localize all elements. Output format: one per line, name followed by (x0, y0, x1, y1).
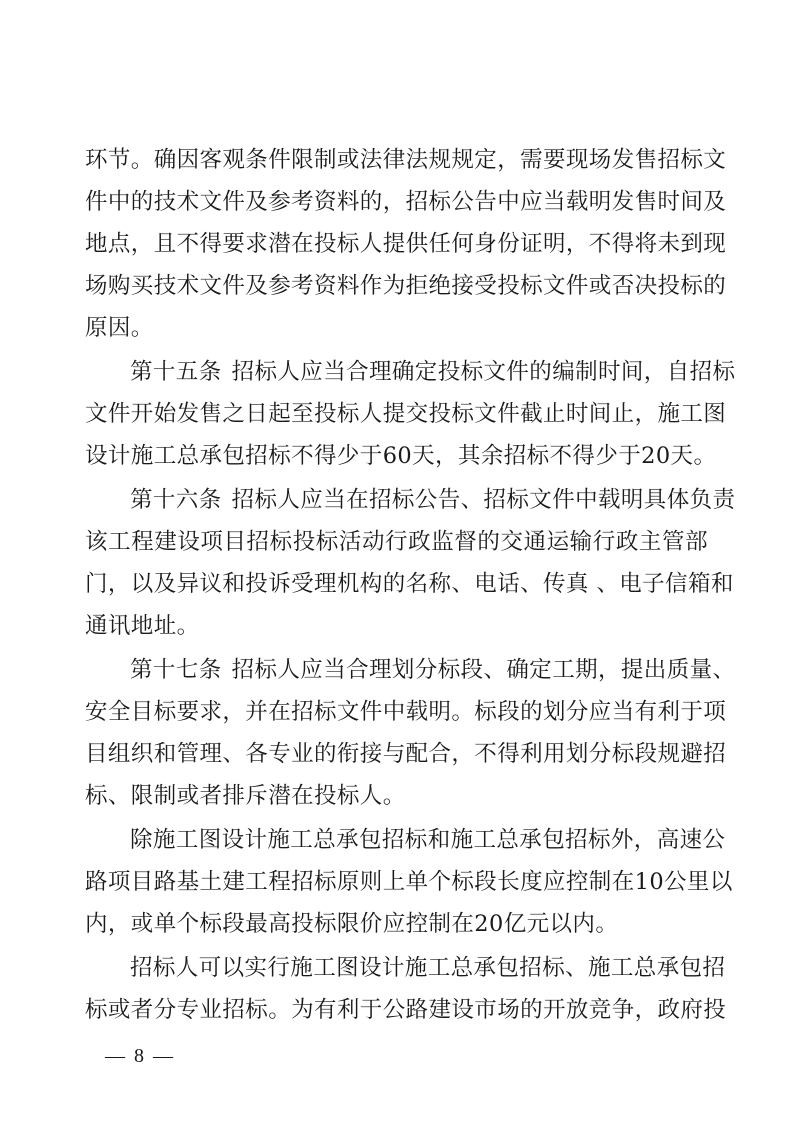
text-line: 环节。确因客观条件限制或法律法规规定，需要现场发售招标文 (85, 140, 708, 180)
article-title: 第十七条 (130, 657, 222, 683)
article-text: 招标人应当合理划分标段、确定工期，提出质量、 (232, 657, 736, 683)
paragraph-first-line: 除施工图设计施工总承包招标和施工总承包招标外，高速公 (85, 820, 708, 860)
article-17-first-line: 第十七条招标人应当合理划分标段、确定工期，提出质量、 (85, 650, 708, 690)
text-line: 通讯地址。 (85, 606, 200, 646)
article-text: 招标人应当在招标公告、招标文件中载明具体负责 (232, 487, 736, 513)
text-line: 场购买技术文件及参考资料作为拒绝接受投标文件或否决投标的 (85, 266, 708, 306)
paragraph-first-line: 招标人可以实行施工图设计施工总承包招标、施工总承包招 (85, 948, 708, 988)
text-line: 件中的技术文件及参考资料的，招标公告中应当载明发售时间及 (85, 182, 708, 222)
text-line: 文件开始发售之日起至投标人提交投标文件截止时间止，施工图 (85, 394, 708, 434)
text-line: 标或者分专业招标。为有利于公路建设市场的开放竞争，政府投 (85, 990, 708, 1030)
article-text: 招标人应当合理确定投标文件的编制时间，自招标 (232, 359, 736, 385)
text-line: 安全目标要求，并在招标文件中载明。标段的划分应当有利于项 (85, 692, 708, 732)
text-line: 该工程建设项目招标投标活动行政监督的交通运输行政主管部 (85, 522, 708, 562)
article-title: 第十五条 (130, 359, 222, 385)
article-16-first-line: 第十六条招标人应当在招标公告、招标文件中载明具体负责 (85, 480, 708, 520)
text-line: 设计施工总承包招标不得少于60天，其余招标不得少于20天。 (85, 436, 716, 476)
text-line: 标、限制或者排斥潜在投标人。 (85, 776, 406, 816)
text-line: 原因。 (85, 308, 154, 348)
page-number: — 8 — (105, 1043, 175, 1069)
text-line: 目组织和管理、各专业的衔接与配合，不得利用划分标段规避招 (85, 734, 708, 774)
text-line: 内，或单个标段最高投标限价应控制在20亿元以内。 (85, 904, 618, 944)
text-line: 地点，且不得要求潜在投标人提供任何身份证明，不得将未到现 (85, 224, 708, 264)
article-title: 第十六条 (130, 487, 222, 513)
text-line: 门，以及异议和投诉受理机构的名称、电话、传真 、电子信箱和 (85, 564, 708, 604)
text-line: 路项目路基土建工程招标原则上单个标段长度应控制在10公里以 (85, 862, 708, 902)
article-15-first-line: 第十五条招标人应当合理确定投标文件的编制时间，自招标 (85, 352, 708, 392)
